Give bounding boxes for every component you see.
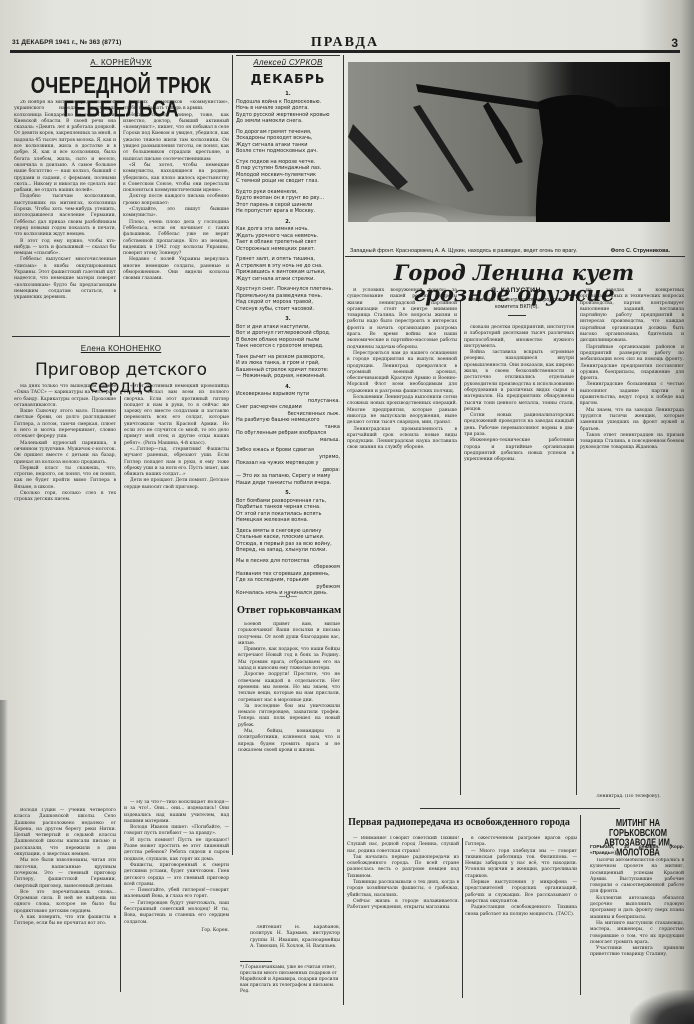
author-name: Я. КАПУСТИН. (462, 287, 572, 294)
article-headline: Первая радиопередача из освобожденного г… (345, 818, 573, 828)
paragraph: Первые выступления у микрофона — предста… (465, 880, 577, 905)
paragraph: Дорогие подруги! Простите, что не отвеча… (238, 672, 340, 703)
poem-stanza: Грянет залп, и опять тишина,А стрелкам в… (236, 256, 340, 282)
poem-stanza: По дорогам гремят течения,Эскадроны прох… (236, 129, 340, 155)
poem-line: До земли намокли снега. (236, 118, 340, 125)
paragraph: Володя Гуцин — ученик четвертого класса … (14, 808, 116, 858)
article-column: — Ну за что?—тихо восклицает Володя—и за… (124, 800, 229, 998)
poem-line: По обугленным ребрам взобрался (236, 430, 340, 437)
poem-line: малыш. (236, 437, 340, 444)
column-divider (120, 396, 121, 992)
article-column: «Этот противный немецкий кровопийца Гитл… (124, 384, 229, 794)
paragraph: Участники митинга приняли приветствие то… (590, 946, 684, 959)
paragraph: Боевой привет вам, милые горьковчанки! В… (238, 622, 340, 647)
article-column: 26 ноября на митинге представителей укра… (14, 100, 116, 334)
paragraph: Мы знаем, что на заводах Ленинграда труд… (580, 408, 684, 433)
poem-stanza: Вот бомбами развороченная гать,Подбитых … (236, 498, 340, 524)
paragraph: И пусть помнят! Пусть не прощают! Разве … (124, 838, 229, 863)
paragraph: Геббельс выпускает многочисленные «письм… (14, 257, 116, 301)
paragraph: Таков ответ ленинградцев на призыв товар… (580, 433, 684, 452)
poem-part-number: 1. (236, 91, 340, 98)
rally-dateline: ГОРЬКИЙ, 30 декабря. (Корр. «Правды»). (590, 845, 684, 858)
paragraph: «Слушайте, это пишут бывшие коммунисты». (123, 207, 229, 220)
newspaper-page: 31 ДЕКАБРЯ 1941 г., № 363 (8771) ПРАВДА … (0, 0, 694, 1024)
paragraph: 26 ноября на митинге представителей укра… (14, 100, 116, 194)
poem-part-number: 4. (236, 384, 340, 391)
article-headline: Ответ горьковчанкам (236, 606, 342, 617)
paragraph: На днях только что вышедшем номере «Окна… (14, 384, 116, 409)
author-divider (508, 315, 526, 316)
paragraph: Сколько горя, сколько слез в тех строках… (14, 491, 116, 504)
paragraph: Дети не прощают. Дети помнят. Детское се… (124, 478, 229, 491)
poem-stanza: Стук подков на морозе четче.В пар уступе… (236, 159, 340, 185)
poem-stanza: Мы в песнях для потомствасбережемНазвани… (236, 558, 340, 597)
caption-text: Западный фронт. Красноармеец А. А. Щукин… (350, 248, 577, 254)
masthead-rule (10, 50, 680, 53)
paragraph: — Ну за что?—тихо восклицает Володя—и за… (124, 800, 229, 825)
article-column: В условиях вооруженной борьбы за существ… (347, 288, 457, 794)
paragraph: Перестроиться нам до нашего оснащения в … (347, 351, 457, 395)
poem-line: С темной рощи не сводит глаз. (236, 178, 340, 185)
author-box: Я. КАПУСТИН. Секретарь Ленинградского го… (462, 287, 572, 316)
masthead: 31 ДЕКАБРЯ 1941 г., № 363 (8771) ПРАВДА … (10, 36, 680, 50)
poem-line: Немецкая железная волна. (236, 517, 340, 524)
article-byline: А. КОРНЕЙЧУК (14, 58, 228, 67)
paragraph: Мы все были взволнованы, читая эти листо… (14, 858, 116, 889)
article-column: бывших помещиков «коммунистам», чтобы пр… (123, 100, 229, 334)
poem-stanza: Хрустнул снег. Покачнулся плетень.Промел… (236, 286, 340, 312)
paragraph: Маленький курносый парнишка, в овчинном … (14, 441, 116, 466)
poem-body: 1.Подошла война к Подмосковью.Ночь в нач… (236, 88, 340, 601)
poem-line: — Это их за папаню, Серегу и маму (236, 473, 340, 480)
article-byline: Елена КОНОНЕНКО (14, 344, 228, 353)
paragraph: «Я бы хотел, чтобы немецкие коммунисты, … (123, 163, 229, 194)
paragraph: Володя Иванов пишет: «Погибайте, — говор… (124, 825, 229, 838)
column-divider (232, 55, 233, 855)
poem-line: Не пропустит врага в Москву. (236, 208, 340, 215)
paragraph: на заводах и конкретных организационных … (580, 288, 684, 345)
poem-part-number: 5. (236, 490, 340, 497)
article-column: Тысячи автомобилистов собрались в кузнеч… (590, 858, 684, 988)
paragraph: Сейчас жизнь в городе налаживается. Рабо… (347, 899, 459, 912)
article-column: сковали десятки предприятий, институтов … (464, 325, 574, 795)
poem-stanza: Подошла война к Подмосковью.Ночь в начал… (236, 99, 340, 125)
author-position: Секретарь Ленинградского городского коми… (462, 297, 572, 311)
paragraph: В этот год ему нужно, чтобы кто-нибудь —… (14, 239, 116, 258)
paragraph: За последние бои мы уничтожили немало ги… (238, 704, 340, 729)
paragraph: — Помогайте, убей гитлеров!—говорит мале… (124, 888, 229, 901)
poem-line: Танк несется с грохотом вперед. (236, 343, 340, 350)
poem-line: Наши дяди танкисты побили вчера. (236, 480, 340, 487)
paragraph: Некий сказал Зоннер, тоже, как известно,… (123, 113, 229, 163)
section-divider (420, 808, 620, 809)
paragraph: Тысячи автомобилистов собрались в кузнеч… (590, 858, 684, 896)
paragraph: бывших помещиков «коммунистам», чтобы пр… (123, 100, 229, 113)
signature: Гор. Корен. (124, 928, 229, 934)
paragraph: Ваше Сыночку этого мало. Пламенно светлы… (14, 409, 116, 440)
paragraph: — Внимание! Говорит советский Тихвин! Сл… (347, 836, 459, 855)
article-column: на заводах и конкретных организационных … (580, 288, 684, 782)
paragraph: Тихвинцы рассказывали о тех днях, когда … (347, 880, 459, 899)
signatures-text: Лейтенант Н. Барабанов, политрук Н. Харм… (250, 925, 340, 950)
column-divider (460, 300, 461, 795)
paragraph: Примите, как подарок, что наши бойцы вст… (238, 647, 340, 672)
column-divider (462, 838, 463, 998)
poem-part-number: 2. (236, 219, 340, 226)
poem-stanza: Исковерканы взрывом путиполустанка.Снег … (236, 391, 340, 443)
paragraph: сковали десятки предприятий, институтов … (464, 325, 574, 350)
poem-line: Стиснув зубы, стоит часовой. (236, 306, 340, 313)
poem-stanza: Будто руки окаменели,Будто вкопан он в г… (236, 189, 340, 215)
dateline: Ленинград. (По телефону). (590, 794, 686, 804)
paragraph: Так начались первые радиопередачи из осв… (347, 855, 459, 880)
poem-stanza: Как долга эта зимняя ночь.Ждать урочного… (236, 226, 340, 252)
paragraph: Радиостанция освобожденного Тихвина снов… (465, 905, 577, 918)
paragraph: Плохо, очень плохо дела у господина Гебб… (123, 220, 229, 258)
article-column: — Внимание! Говорит советский Тихвин! Сл… (347, 836, 459, 1006)
poem-line: Прижавшись к винтовкам штыки, (236, 269, 340, 276)
poem-line: Осторожных немецких ракет. (236, 246, 340, 253)
paragraph: Подобно тысячам колхозников, выступавших… (14, 194, 116, 238)
paragraph: Большевики Ленинграда выполнили сотни сл… (347, 395, 457, 426)
poem-stanza: Танк рычит на резком развороте,И из люка… (236, 354, 340, 380)
paragraph: — Много горя хлебнули мы — говорит тихви… (465, 849, 577, 880)
soldier-with-rifle-image (348, 62, 670, 222)
dateline-city: ГОРЬКИЙ, 30 декабря. (590, 845, 660, 850)
poem-stanza: Здесь вмяты в снеговую целинуСтальные ка… (236, 528, 340, 554)
article-column: в ожесточенном разгроме врагов орды Гитл… (465, 836, 577, 1006)
paragraph: В условиях вооруженной борьбы за существ… (347, 288, 457, 351)
poem-line: Возле стен подмосковных дач. (236, 148, 340, 155)
paragraph: Недавно с полей Украины вернулись многие… (123, 257, 229, 282)
section-divider (345, 256, 685, 257)
paragraph: Все это перечитываешь снова... Огромная … (14, 890, 116, 915)
page-number: 3 (671, 36, 678, 50)
paragraph: в ожесточенном разгроме врагов орды Гитл… (465, 836, 577, 849)
paragraph: Ленинградские большевики с честью выполн… (580, 382, 684, 407)
poem-byline: Алексей СУРКОВ (236, 58, 340, 67)
poem-part-number: 3. (236, 316, 340, 323)
photo-credit: Фото С. Струнникова. (611, 248, 670, 254)
poem-line: Ждут сигнала атаки стрелки. (236, 276, 340, 283)
paragraph: Доктор после каждого письма особенно гро… (123, 194, 229, 207)
poem-line: Хрустнул снег. Покачнулся плетень. (236, 286, 340, 293)
letter-signatures: Лейтенант Н. Барабанов, политрук Н. Харм… (250, 925, 340, 959)
dateline-text: Ленинград. (По телефону). (590, 794, 686, 800)
column-divider (576, 300, 577, 795)
footnote: *) Горьковчанками, уже не считая ответ, … (240, 965, 340, 995)
ornament-divider: —o— (236, 592, 340, 600)
paragraph: Партийные организации районов и предприя… (580, 345, 684, 383)
poem-line: Вперед, на запад, хлынули полки. (236, 547, 340, 554)
paragraph: Сотни новых рационализаторских предложен… (464, 413, 574, 438)
column-divider (580, 815, 581, 995)
footnote-rule (240, 961, 272, 962)
paragraph: Коллектив автозавода обязался досрочно в… (590, 896, 684, 921)
poem-stanza: Зябко ежась и брови сдвигаяупрямо,Показа… (236, 447, 340, 486)
paragraph: А как поверить, что эти фашисты в Гитлер… (14, 915, 116, 928)
article-column: На днях только что вышедшем номере «Окна… (14, 384, 116, 794)
paragraph: Мы, бойцы, командиры и политработники, к… (238, 729, 340, 754)
article-column: Боевой привет вам, милые горьковчанки! В… (238, 622, 340, 922)
paragraph: Фашисты, приговоренный к смерти детскими… (124, 863, 229, 888)
section-divider (12, 336, 230, 337)
paragraph: Инженерно-технические работники города и… (464, 438, 574, 463)
section-divider (236, 55, 340, 56)
paragraph: На митинге выступили стахановцы, мастера… (590, 921, 684, 946)
poem-title: ДЕКАБРЬ (236, 73, 340, 86)
paragraph: «Этот противный немецкий кровопийца Гитл… (124, 384, 229, 447)
poem-stanza: Вот и дни атаки наступили,Вот и дрогнул … (236, 324, 340, 350)
column-divider (119, 108, 120, 336)
column-divider (343, 55, 344, 1005)
poem-line: — Нежинный, родная, нежинный. (236, 373, 340, 380)
poem-line: Вот и дрогнул гитлеровский сброд. (236, 330, 340, 337)
page-corner-shadow (630, 990, 694, 1024)
front-line-photo (348, 62, 670, 222)
paragraph: «...Гитлер—гад, стервятник! Фашисты муча… (124, 447, 229, 478)
paragraph: Первый класс ты скажешь, что, строгие, н… (14, 466, 116, 491)
photo-caption: Западный фронт. Красноармеец А. А. Щукин… (350, 248, 670, 254)
page-edge-shadow (0, 700, 8, 1024)
paragraph: Ленинградская промышленность в кратчайши… (347, 427, 457, 452)
paragraph: Война заставила вскрыть огромные резервы… (464, 350, 574, 413)
article-column: Володя Гуцин — ученик четвертого класса … (14, 808, 116, 998)
paragraph: — Гитлеровцев будут уничтожать, наш бесс… (124, 901, 229, 926)
newspaper-title: ПРАВДА (10, 35, 680, 51)
